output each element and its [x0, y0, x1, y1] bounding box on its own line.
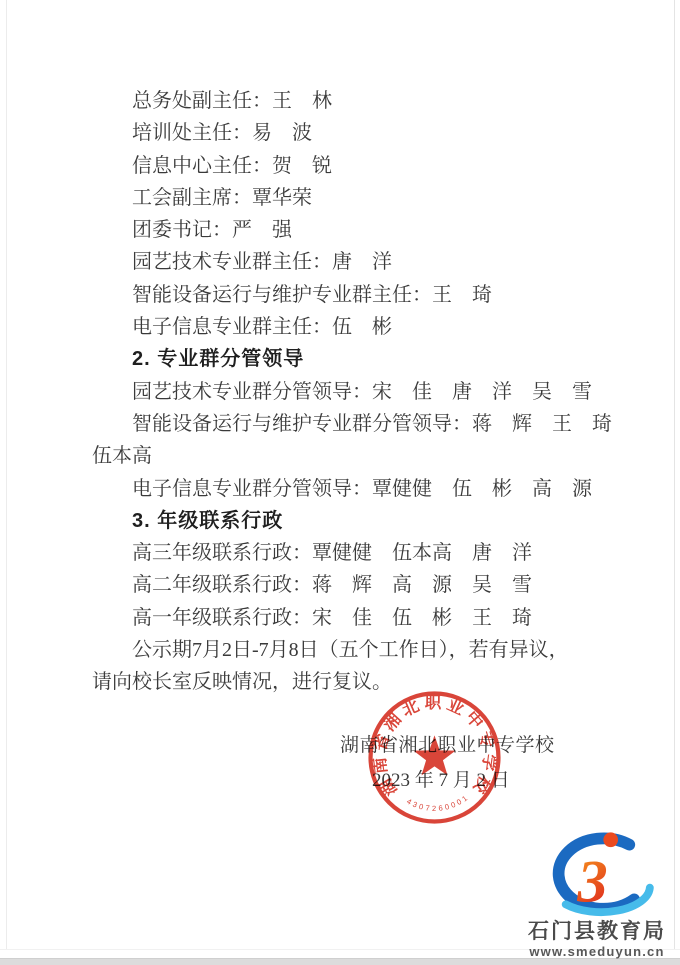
page-right-edge [674, 0, 675, 950]
doc-line: 培训处主任：易 波 [92, 117, 592, 149]
doc-line-continuation: 请向校长室反映情况，进行复议。 [92, 666, 592, 698]
doc-line: 智能设备运行与维护专业群主任：王 琦 [92, 279, 592, 311]
page-left-edge [6, 0, 7, 950]
doc-line: 园艺技术专业群主任：唐 洋 [92, 246, 592, 278]
education-bureau-name: 石门县教育局 [521, 920, 673, 944]
education-bureau-url: www.smeduyun.cn [521, 944, 673, 960]
doc-line: 高三年级联系行政：覃健健 伍本高 唐 洋 [92, 537, 592, 569]
document-body: 总务处副主任：王 林 培训处主任：易 波 信息中心主任：贺 锐 工会副主席：覃华… [92, 85, 592, 699]
logo-figure-body: 3 [576, 848, 607, 915]
doc-line: 高一年级联系行政：宋 佳 伍 彬 王 琦 [92, 602, 592, 634]
doc-line: 电子信息专业群分管领导：覃健健 伍 彬 高 源 [92, 473, 592, 505]
doc-line: 总务处副主任：王 林 [92, 85, 592, 117]
doc-line: 高二年级联系行政：蒋 辉 高 源 吴 雪 [92, 569, 592, 601]
official-seal: 湖南省湘北职业中专学校 4307260001052 [364, 687, 505, 828]
doc-line: 园艺技术专业群分管领导：宋 佳 唐 洋 吴 雪 [92, 376, 592, 408]
education-bureau-watermark: 3 石门县教育局 www.smeduyun.cn [521, 829, 673, 960]
scanned-document-page: 总务处副主任：王 林 培训处主任：易 波 信息中心主任：贺 锐 工会副主席：覃华… [0, 0, 680, 965]
doc-line: 工会副主席：覃华荣 [92, 182, 592, 214]
doc-line: 信息中心主任：贺 锐 [92, 150, 592, 182]
education-bureau-logo-icon: 3 [538, 829, 656, 919]
doc-line-continuation: 伍本高 [92, 440, 592, 472]
doc-line: 智能设备运行与维护专业群分管领导：蒋 辉 王 琦 [92, 408, 592, 440]
logo-figure-head [603, 832, 618, 847]
section-heading-3: 3. 年级联系行政 [92, 505, 592, 537]
seal-star-icon [413, 735, 455, 775]
doc-line: 电子信息专业群主任：伍 彬 [92, 311, 592, 343]
section-heading-2: 2. 专业群分管领导 [92, 343, 592, 375]
doc-line: 团委书记：严 强 [92, 214, 592, 246]
doc-line: 公示期7月2日-7月8日（五个工作日），若有异议， [92, 634, 592, 666]
